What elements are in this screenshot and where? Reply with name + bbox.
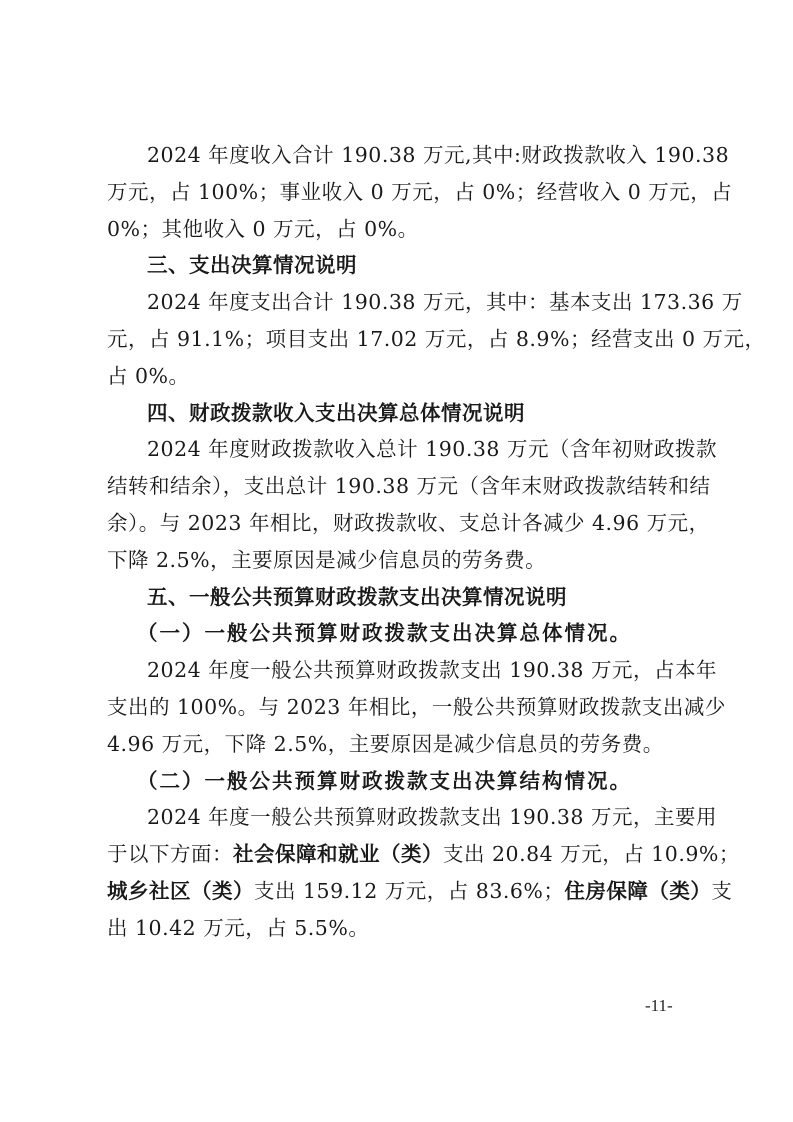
expenditure-paragraph: 2024 年度支出合计 190.38 万元，其中：基本支出 173.36 万 元…: [107, 284, 691, 394]
text-line: 2024 年度收入合计 190.38 万元,其中:财政拨款收入 190.38: [107, 137, 691, 174]
section-heading-fiscal-appropriation: 四、财政拨款收入支出决算总体情况说明: [107, 395, 691, 432]
text-span: 于以下方面：: [107, 842, 233, 866]
general-budget-overall-paragraph: 2024 年度一般公共预算财政拨款支出 190.38 万元，占本年 支出的 10…: [107, 652, 691, 762]
text-span: 支出 159.12 万元，占 83.6%；: [254, 879, 564, 903]
income-paragraph: 2024 年度收入合计 190.38 万元,其中:财政拨款收入 190.38 万…: [107, 137, 691, 247]
text-line: 城乡社区（类）支出 159.12 万元，占 83.6%；住房保障（类）支: [107, 873, 691, 910]
text-span: 支: [711, 879, 732, 903]
text-line: 4.96 万元，下降 2.5%，主要原因是减少信息员的劳务费。: [107, 726, 691, 763]
subheading-structure: （二）一般公共预算财政拨款支出决算结构情况。: [107, 763, 691, 800]
text-line: 元，占 91.1%；项目支出 17.02 万元，占 8.9%；经营支出 0 万元…: [107, 321, 691, 358]
text-line: 占 0%。: [107, 358, 691, 395]
text-line: 结转和结余），支出总计 190.38 万元（含年末财政拨款结转和结: [107, 468, 691, 505]
subheading-overall: （一）一般公共预算财政拨款支出决算总体情况。: [107, 615, 691, 652]
section-heading-general-budget: 五、一般公共预算财政拨款支出决算情况说明: [107, 579, 691, 616]
document-page: 2024 年度收入合计 190.38 万元,其中:财政拨款收入 190.38 万…: [0, 0, 793, 1122]
page-content: 2024 年度收入合计 190.38 万元,其中:财政拨款收入 190.38 万…: [107, 137, 691, 947]
general-budget-structure-paragraph: 2024 年度一般公共预算财政拨款支出 190.38 万元，主要用 于以下方面：…: [107, 799, 691, 946]
text-line: 下降 2.5%，主要原因是减少信息员的劳务费。: [107, 542, 691, 579]
text-line: 万元，占 100%；事业收入 0 万元，占 0%；经营收入 0 万元，占: [107, 174, 691, 211]
section-heading-expenditure: 三、支出决算情况说明: [107, 247, 691, 284]
page-number: -11-: [645, 996, 673, 1016]
text-line: 2024 年度一般公共预算财政拨款支出 190.38 万元，主要用: [107, 799, 691, 836]
text-line: 出 10.42 万元，占 5.5%。: [107, 910, 691, 947]
bold-category-social-security: 社会保障和就业（类）: [233, 842, 443, 866]
bold-category-urban-rural: 城乡社区（类）: [107, 879, 254, 903]
text-line: 支出的 100%。与 2023 年相比，一般公共预算财政拨款支出减少: [107, 689, 691, 726]
bold-category-housing: 住房保障（类）: [564, 879, 711, 903]
text-line: 0%；其他收入 0 万元，占 0%。: [107, 211, 691, 248]
text-line: 2024 年度支出合计 190.38 万元，其中：基本支出 173.36 万: [107, 284, 691, 321]
text-line: 2024 年度财政拨款收入总计 190.38 万元（含年初财政拨款: [107, 431, 691, 468]
text-span: 支出 20.84 万元，占 10.9%；: [443, 842, 740, 866]
text-line: 于以下方面：社会保障和就业（类）支出 20.84 万元，占 10.9%；: [107, 836, 691, 873]
text-line: 2024 年度一般公共预算财政拨款支出 190.38 万元，占本年: [107, 652, 691, 689]
fiscal-appropriation-paragraph: 2024 年度财政拨款收入总计 190.38 万元（含年初财政拨款 结转和结余）…: [107, 431, 691, 578]
text-line: 余）。与 2023 年相比，财政拨款收、支总计各减少 4.96 万元，: [107, 505, 691, 542]
